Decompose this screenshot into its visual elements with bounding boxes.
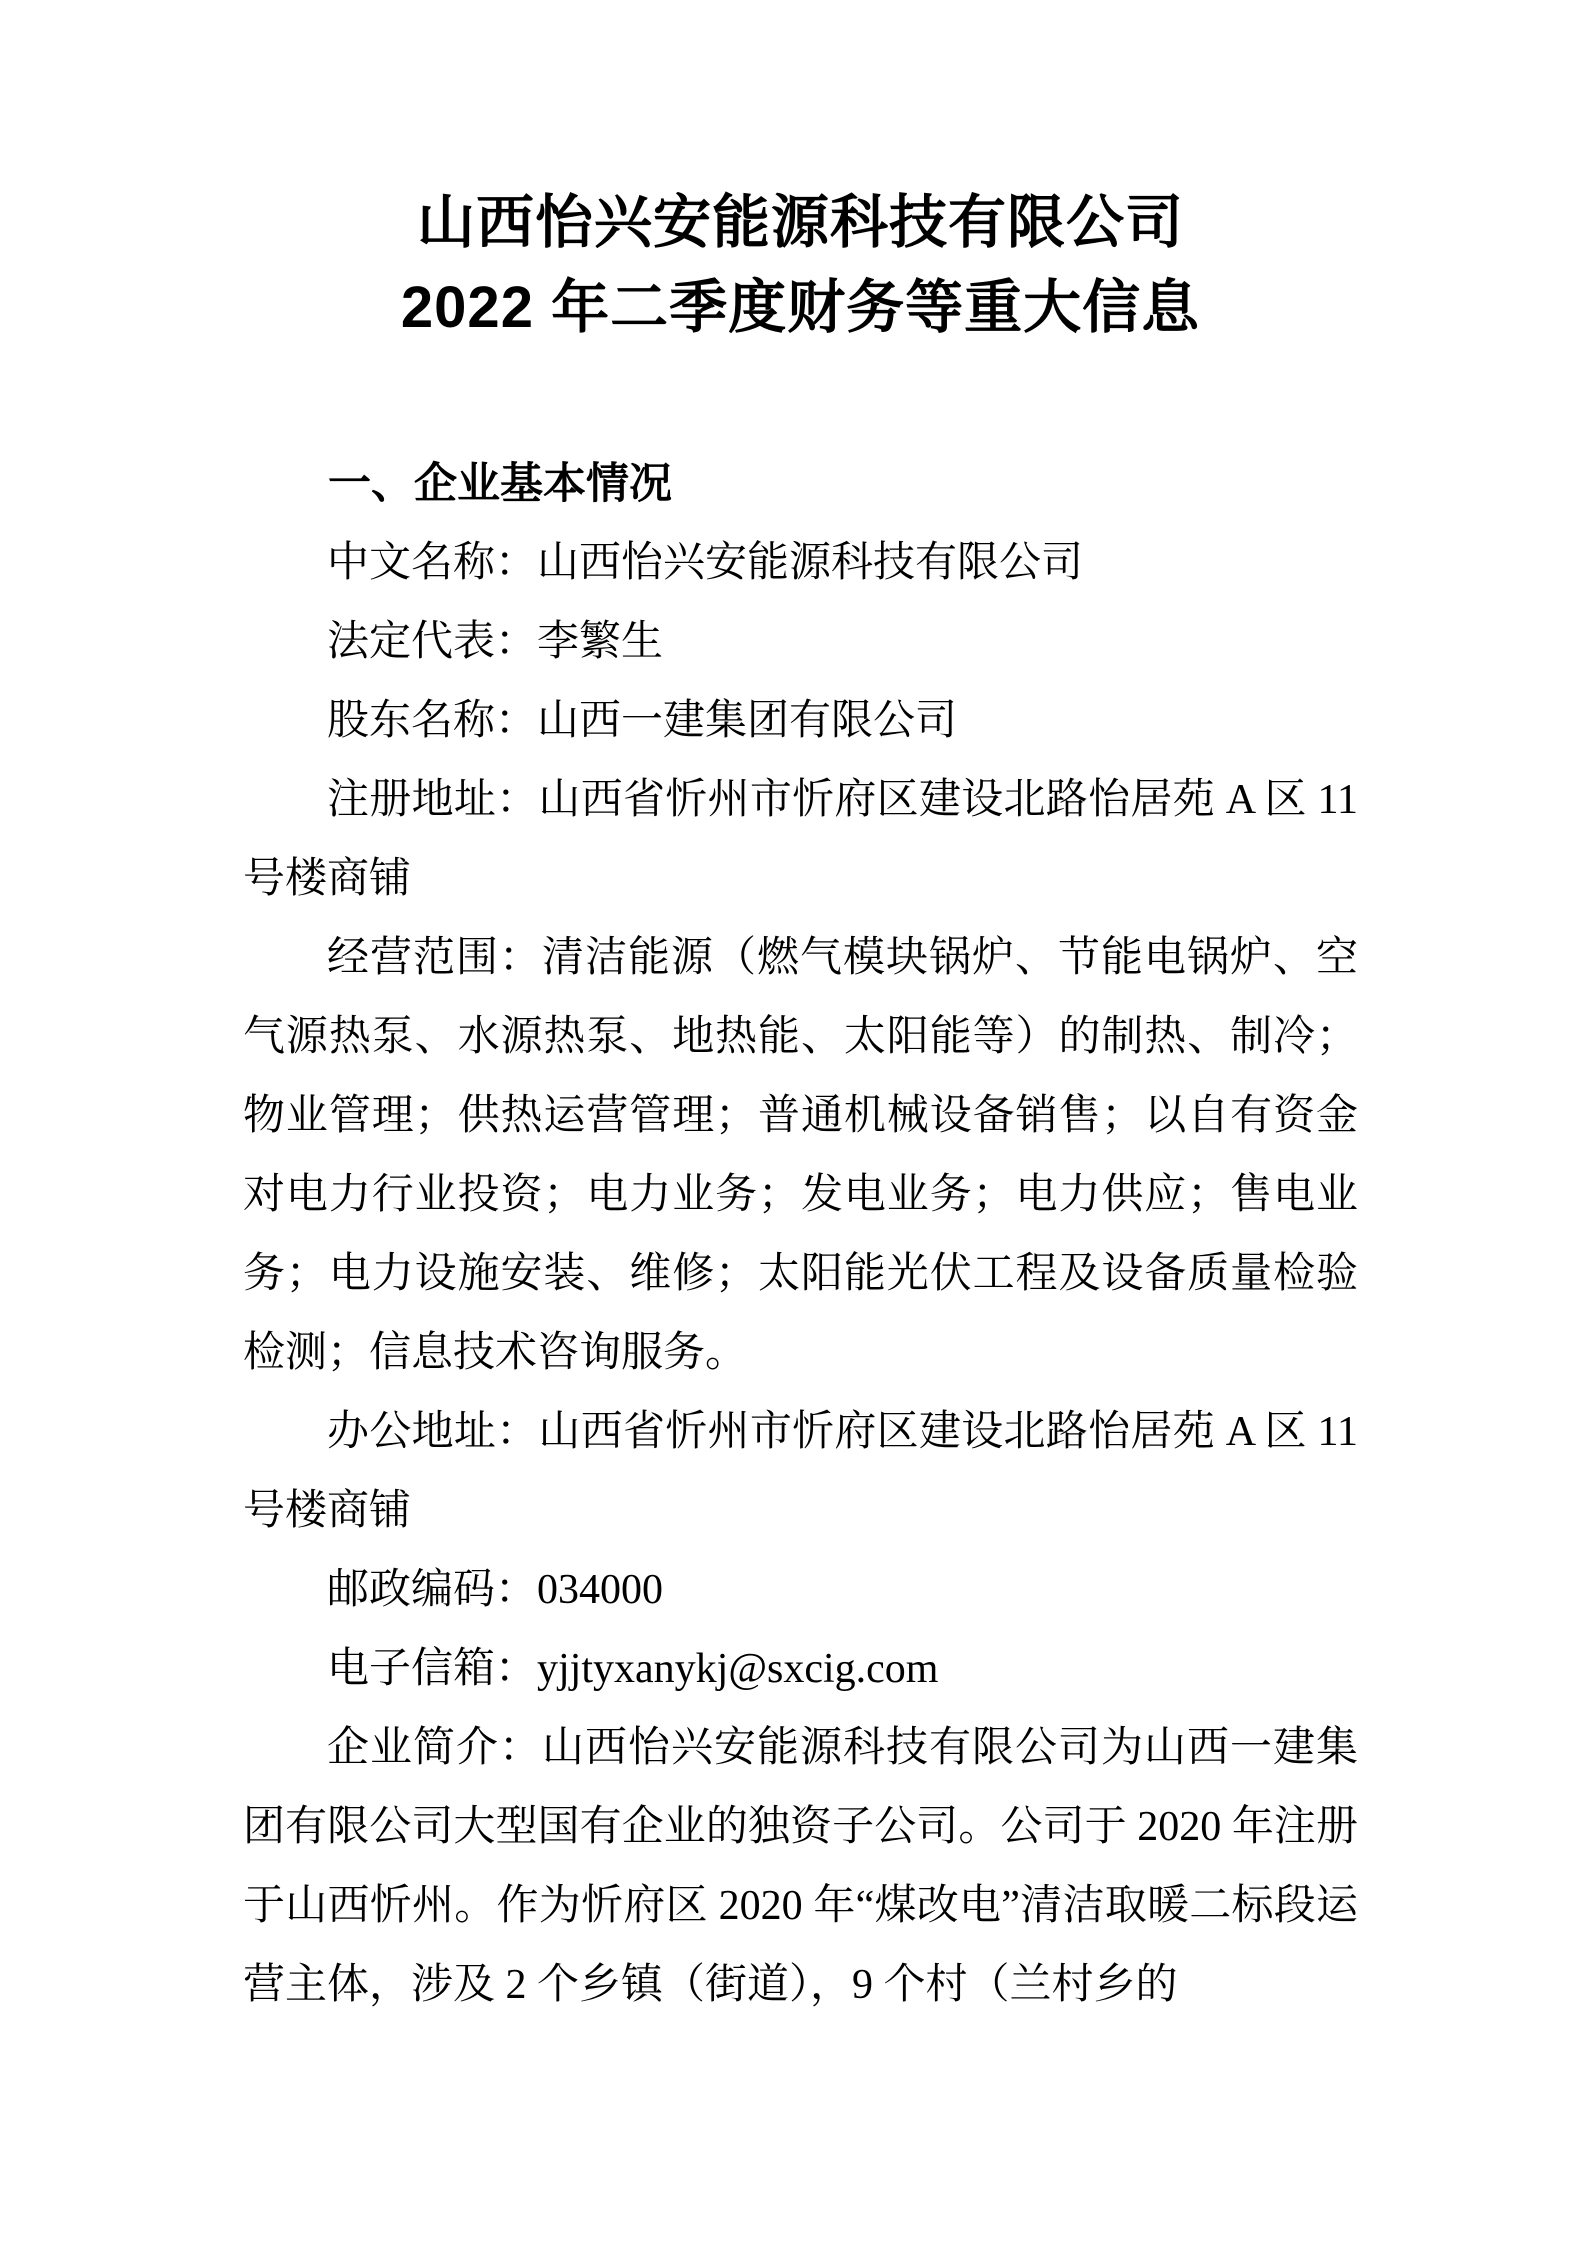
document-title-line2: 2022 年二季度财务等重大信息 <box>243 265 1358 350</box>
para-business-scope: 经营范围：清洁能源（燃气模块锅炉、节能电锅炉、空气源热泵、水源热泵、地热能、太阳… <box>243 919 1358 1393</box>
para-email: 电子信箱：yjjtyxanykj@sxcig.com <box>243 1630 1358 1709</box>
para-shareholder-name: 股东名称：山西一建集团有限公司 <box>243 682 1358 761</box>
para-registered-address: 注册地址：山西省忻州市忻府区建设北路怡居苑 A 区 11 号楼商铺 <box>243 761 1358 919</box>
section-heading-basic-info: 一、企业基本情况 <box>243 445 1358 524</box>
para-company-profile: 企业简介：山西怡兴安能源科技有限公司为山西一建集团有限公司大型国有企业的独资子公… <box>243 1709 1358 2025</box>
document-page: 山西怡兴安能源科技有限公司 2022 年二季度财务等重大信息 一、企业基本情况 … <box>0 0 1587 2245</box>
document-title-line1: 山西怡兴安能源科技有限公司 <box>243 180 1358 265</box>
para-legal-representative: 法定代表：李繁生 <box>243 603 1358 682</box>
document-title: 山西怡兴安能源科技有限公司 2022 年二季度财务等重大信息 <box>243 180 1358 350</box>
para-postal-code: 邮政编码：034000 <box>243 1551 1358 1630</box>
para-chinese-name: 中文名称：山西怡兴安能源科技有限公司 <box>243 524 1358 603</box>
para-office-address: 办公地址：山西省忻州市忻府区建设北路怡居苑 A 区 11 号楼商铺 <box>243 1393 1358 1551</box>
document-content: 山西怡兴安能源科技有限公司 2022 年二季度财务等重大信息 一、企业基本情况 … <box>243 0 1358 2025</box>
